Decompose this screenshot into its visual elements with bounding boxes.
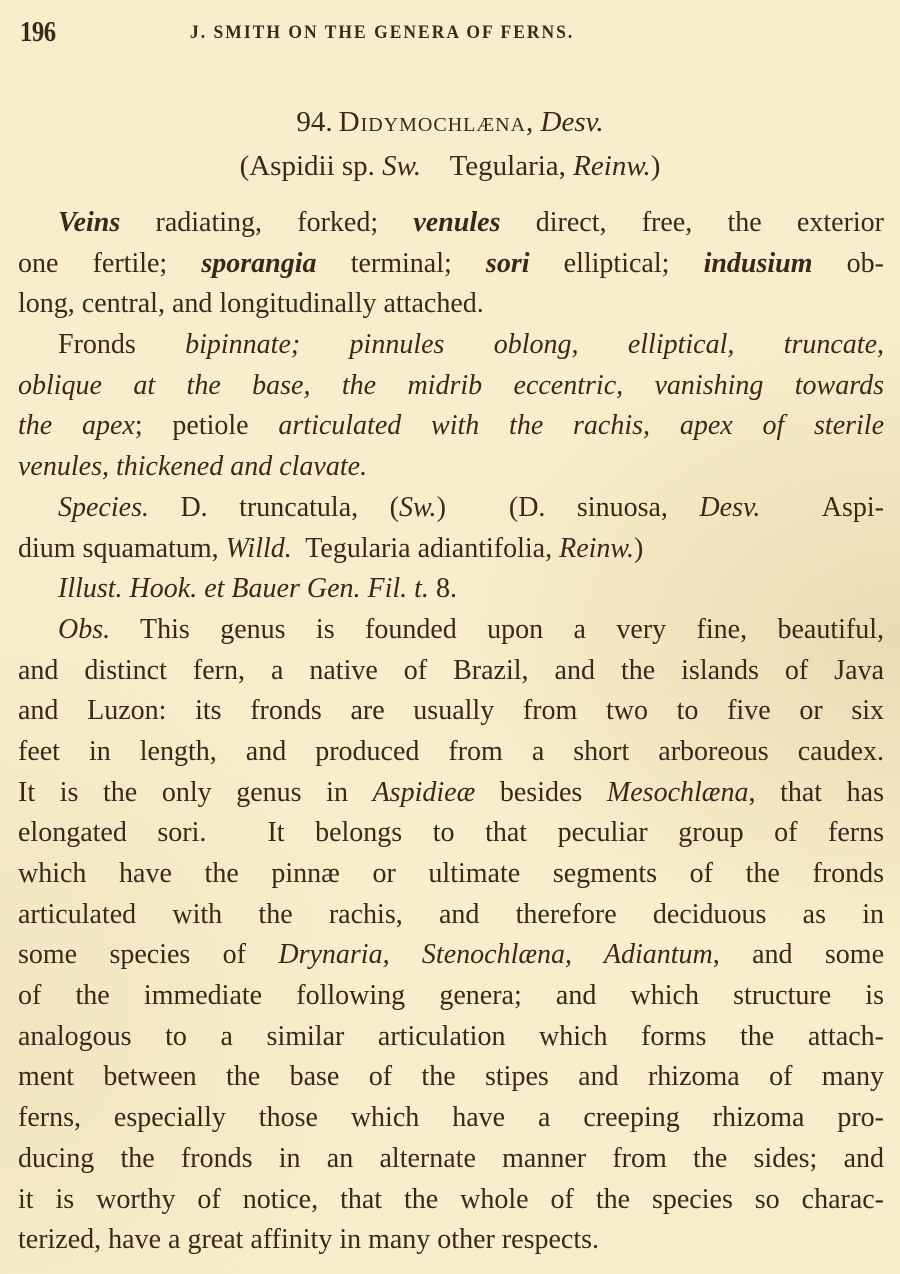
roman-text: Aspi-: [760, 492, 884, 523]
roman-text: some species of: [18, 939, 278, 970]
roman-text: terized, have a great affinity in many o…: [18, 1224, 599, 1255]
text-line: it is worthy of notice, that the whole o…: [18, 1180, 884, 1221]
running-title: J. SMITH ON THE GENERA OF FERNS.: [190, 22, 574, 44]
italic-text: venules, thickened and clavate.: [18, 451, 367, 482]
roman-text: ment between the base of the stipes and …: [18, 1061, 884, 1092]
italic-text: articulated with the rachis, apex of ste…: [278, 410, 884, 441]
text-line: oblique at the base, the midrib eccentri…: [18, 366, 884, 407]
paragraph-illustration: Illust. Hook. et Bauer Gen. Fil. t. 8.: [18, 569, 884, 610]
italic-text: venules: [413, 207, 500, 238]
text-line: analogous to a similar articulation whic…: [18, 1017, 884, 1058]
roman-text: ; petiole: [135, 410, 279, 441]
roman-text: radiating, forked;: [120, 207, 413, 238]
italic-text: Obs.: [58, 614, 110, 645]
italic-text: Mesochlæna: [607, 777, 749, 808]
roman-text: elliptical;: [530, 248, 704, 279]
italic-text: Aspidieæ: [373, 777, 476, 808]
text-line: elongated sori. It belongs to that pecul…: [18, 813, 884, 854]
roman-text: articulated with the rachis, and therefo…: [18, 899, 884, 930]
roman-text: and distinct fern, a native of Brazil, a…: [18, 655, 884, 686]
roman-text: which have the pinnæ or ultimate segment…: [18, 858, 884, 889]
roman-text: Fronds: [58, 329, 185, 360]
text-line: feet in length, and produced from a shor…: [18, 732, 884, 773]
roman-text: , and some: [713, 939, 884, 970]
synonym-open: (Aspidii sp.: [240, 150, 383, 182]
roman-text: elongated sori. It belongs to that pecul…: [18, 817, 884, 848]
roman-text: This genus is founded upon a very fine, …: [110, 614, 884, 645]
roman-text: of the immediate following genera; and w…: [18, 980, 884, 1011]
roman-text: analogous to a similar articulation whic…: [18, 1021, 884, 1052]
italic-text: Sw.: [399, 492, 437, 523]
italic-text: oblique at the base, the midrib eccentri…: [18, 370, 884, 401]
text-line: of the immediate following genera; and w…: [18, 976, 884, 1017]
roman-text: ): [634, 533, 643, 564]
italic-text: Veins: [58, 207, 120, 238]
text-line: the apex; petiole articulated with the r…: [18, 406, 884, 447]
roman-text: ferns, especially those which have a cre…: [18, 1102, 884, 1133]
text-line: ducing the fronds in an alternate manner…: [18, 1139, 884, 1180]
text-line: some species of Drynaria, Stenochlæna, A…: [18, 935, 884, 976]
text-line: dium squamatum, Willd. Tegularia adianti…: [18, 529, 884, 570]
text-line: Illust. Hook. et Bauer Gen. Fil. t. 8.: [18, 569, 884, 610]
paragraph-observations: Obs. This genus is founded upon a very f…: [18, 610, 884, 1261]
genus-number: 94.: [296, 106, 332, 138]
italic-text: Willd.: [226, 533, 292, 564]
italic-text: Desv.: [699, 492, 760, 523]
roman-text: it is worthy of notice, that the whole o…: [18, 1184, 884, 1215]
text-line: ferns, especially those which have a cre…: [18, 1098, 884, 1139]
synonym-mid: Tegularia,: [421, 150, 573, 182]
text-line: It is the only genus in Aspidieæ besides…: [18, 773, 884, 814]
roman-text: terminal;: [317, 248, 486, 279]
roman-text: and Luzon: its fronds are usually from t…: [18, 695, 884, 726]
roman-text: ducing the fronds in an alternate manner…: [18, 1143, 884, 1174]
roman-text: feet in length, and produced from a shor…: [18, 736, 884, 767]
text-line: which have the pinnæ or ultimate segment…: [18, 854, 884, 895]
running-head: 196 J. SMITH ON THE GENERA OF FERNS.: [20, 16, 880, 52]
text-line: Fronds bipinnate; pinnules oblong, ellip…: [18, 325, 884, 366]
paragraph-characters: Veins radiating, forked; venules direct,…: [18, 203, 884, 325]
synonyms-line: (Aspidii sp. Sw. Tegularia, Reinw.): [0, 150, 900, 183]
paragraph-species: Species. D. truncatula, (Sw.) (D. sinuos…: [18, 488, 884, 569]
text-line: one fertile; sporangia terminal; sori el…: [18, 244, 884, 285]
genus-heading: 94.Didymochlæna, Desv.: [0, 106, 900, 139]
synonym-close: ): [651, 150, 661, 182]
roman-text: ) (D. sinuosa,: [437, 492, 700, 523]
roman-text: direct, free, the exterior: [500, 207, 884, 238]
text-line: Veins radiating, forked; venules direct,…: [18, 203, 884, 244]
paragraph-fronds: Fronds bipinnate; pinnules oblong, ellip…: [18, 325, 884, 488]
roman-text: It is the only genus in: [18, 777, 373, 808]
roman-text: dium squamatum,: [18, 533, 226, 564]
italic-text: indusium: [704, 248, 813, 279]
text-line: ment between the base of the stipes and …: [18, 1057, 884, 1098]
page-number: 196: [20, 16, 56, 49]
synonym-author-2: Reinw.: [573, 150, 651, 182]
genus-author: Desv.: [541, 106, 604, 138]
italic-text: Reinw.: [559, 533, 634, 564]
italic-text: the apex: [18, 410, 135, 441]
genus-name: Didymochlæna: [339, 106, 526, 138]
roman-text: long, central, and longitudinally attach…: [18, 288, 484, 319]
italic-text: sori: [486, 248, 530, 279]
roman-text: one fertile;: [18, 248, 201, 279]
italic-text: Drynaria, Stenochlæna, Adiantum: [278, 939, 712, 970]
roman-text: ob-: [813, 248, 884, 279]
italic-text: Illust. Hook. et Bauer Gen. Fil. t.: [58, 573, 429, 604]
text-line: and Luzon: its fronds are usually from t…: [18, 691, 884, 732]
book-page: 196 J. SMITH ON THE GENERA OF FERNS. 94.…: [0, 0, 900, 1274]
roman-text: 8.: [429, 573, 457, 604]
italic-text: bipinnate; pinnules oblong, elliptical, …: [185, 329, 884, 360]
text-line: articulated with the rachis, and therefo…: [18, 895, 884, 936]
roman-text: , that has: [748, 777, 884, 808]
text-line: and distinct fern, a native of Brazil, a…: [18, 651, 884, 692]
text-line: venules, thickened and clavate.: [18, 447, 884, 488]
italic-text: sporangia: [201, 248, 316, 279]
body-text: Veins radiating, forked; venules direct,…: [18, 203, 884, 1261]
text-line: Species. D. truncatula, (Sw.) (D. sinuos…: [18, 488, 884, 529]
roman-text: Tegularia adiantifolia,: [292, 533, 559, 564]
synonym-author-1: Sw.: [382, 150, 421, 182]
roman-text: besides: [475, 777, 607, 808]
text-line: long, central, and longitudinally attach…: [18, 284, 884, 325]
roman-text: D. truncatula, (: [149, 492, 399, 523]
italic-text: Species.: [58, 492, 149, 523]
text-line: terized, have a great affinity in many o…: [18, 1220, 884, 1261]
text-line: Obs. This genus is founded upon a very f…: [18, 610, 884, 651]
